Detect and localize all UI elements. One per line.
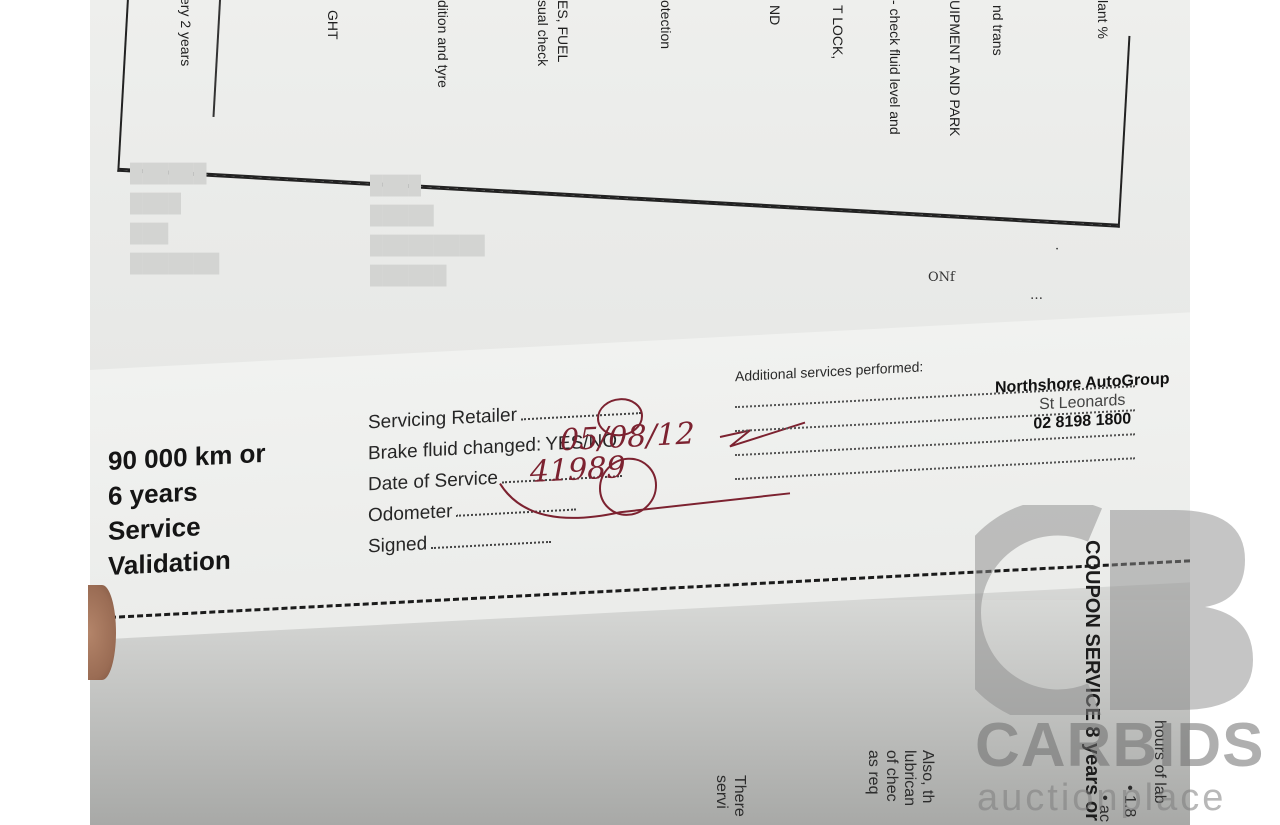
checklist-fragment: nd trans — [990, 5, 1006, 56]
coupon-line: COUPON — [1081, 540, 1103, 628]
checklist-fragment: sual check — [535, 0, 551, 66]
service-booklet-photo: very 2 years GHT dition and tyre sual ch… — [90, 0, 1190, 825]
next-coupon-page: hours of lab • 1.8 • ac Also, th lubrica… — [90, 600, 1190, 825]
thumb — [88, 585, 116, 680]
field-label: Odometer — [368, 501, 452, 526]
coupon-body-text: Also, th — [918, 750, 936, 803]
coupon-body-text: as req — [864, 750, 882, 794]
next-coupon-title: COUPON SERVICE 8 years or — [1080, 540, 1104, 821]
coupon-body-text: of chec — [882, 750, 900, 802]
checklist-fragment: dition and tyre — [435, 0, 451, 88]
ink-smudge: · — [1055, 242, 1059, 257]
coupon-line: or — [1081, 801, 1103, 821]
title-line: Validation — [108, 541, 266, 584]
checklist-fragment: UIPMENT AND PARK — [947, 0, 963, 136]
coupon-body-text: • 1.8 — [1120, 785, 1138, 817]
coupon-body-text: There — [730, 775, 748, 817]
checklist-fragment: GHT — [325, 10, 341, 40]
dotted-line — [431, 531, 551, 549]
column-divider — [212, 0, 221, 117]
dealer-stamp: Northshore AutoGroup St Leonards 02 8198… — [995, 369, 1170, 435]
checklist-fragment: otection — [658, 0, 674, 49]
field-label: Signed — [368, 533, 427, 557]
checklist-fragment: lant % — [1095, 0, 1111, 39]
validation-title: 90 000 km or 6 years Service Validation — [108, 436, 266, 584]
coupon-body-text: lubrican — [900, 750, 918, 806]
ink-smudge: … — [1030, 288, 1043, 303]
checklist-fragment: ND — [767, 5, 783, 25]
faded-showthrough-left: ████████████████████ — [130, 158, 219, 278]
coupon-line: SERVICE — [1081, 633, 1103, 720]
faded-showthrough-right: ████████████████████████ — [370, 170, 485, 290]
field-label: Date of Service — [368, 468, 498, 496]
ink-smudge: ONf — [928, 270, 955, 285]
coupon-body-text: hours of lab — [1150, 720, 1168, 804]
service-validation-page: 90 000 km or 6 years Service Validation … — [90, 312, 1190, 640]
checklist-fragment: - check fluid level and — [887, 0, 903, 135]
checklist-fragment: T LOCK, — [830, 5, 846, 59]
checklist-fragment: ES, FUEL — [555, 0, 571, 62]
checklist-table — [117, 0, 1130, 228]
coupon-line: 8 years — [1081, 726, 1103, 795]
checklist-fragment: very 2 years — [178, 0, 194, 66]
coupon-body-text: servi — [712, 775, 730, 809]
